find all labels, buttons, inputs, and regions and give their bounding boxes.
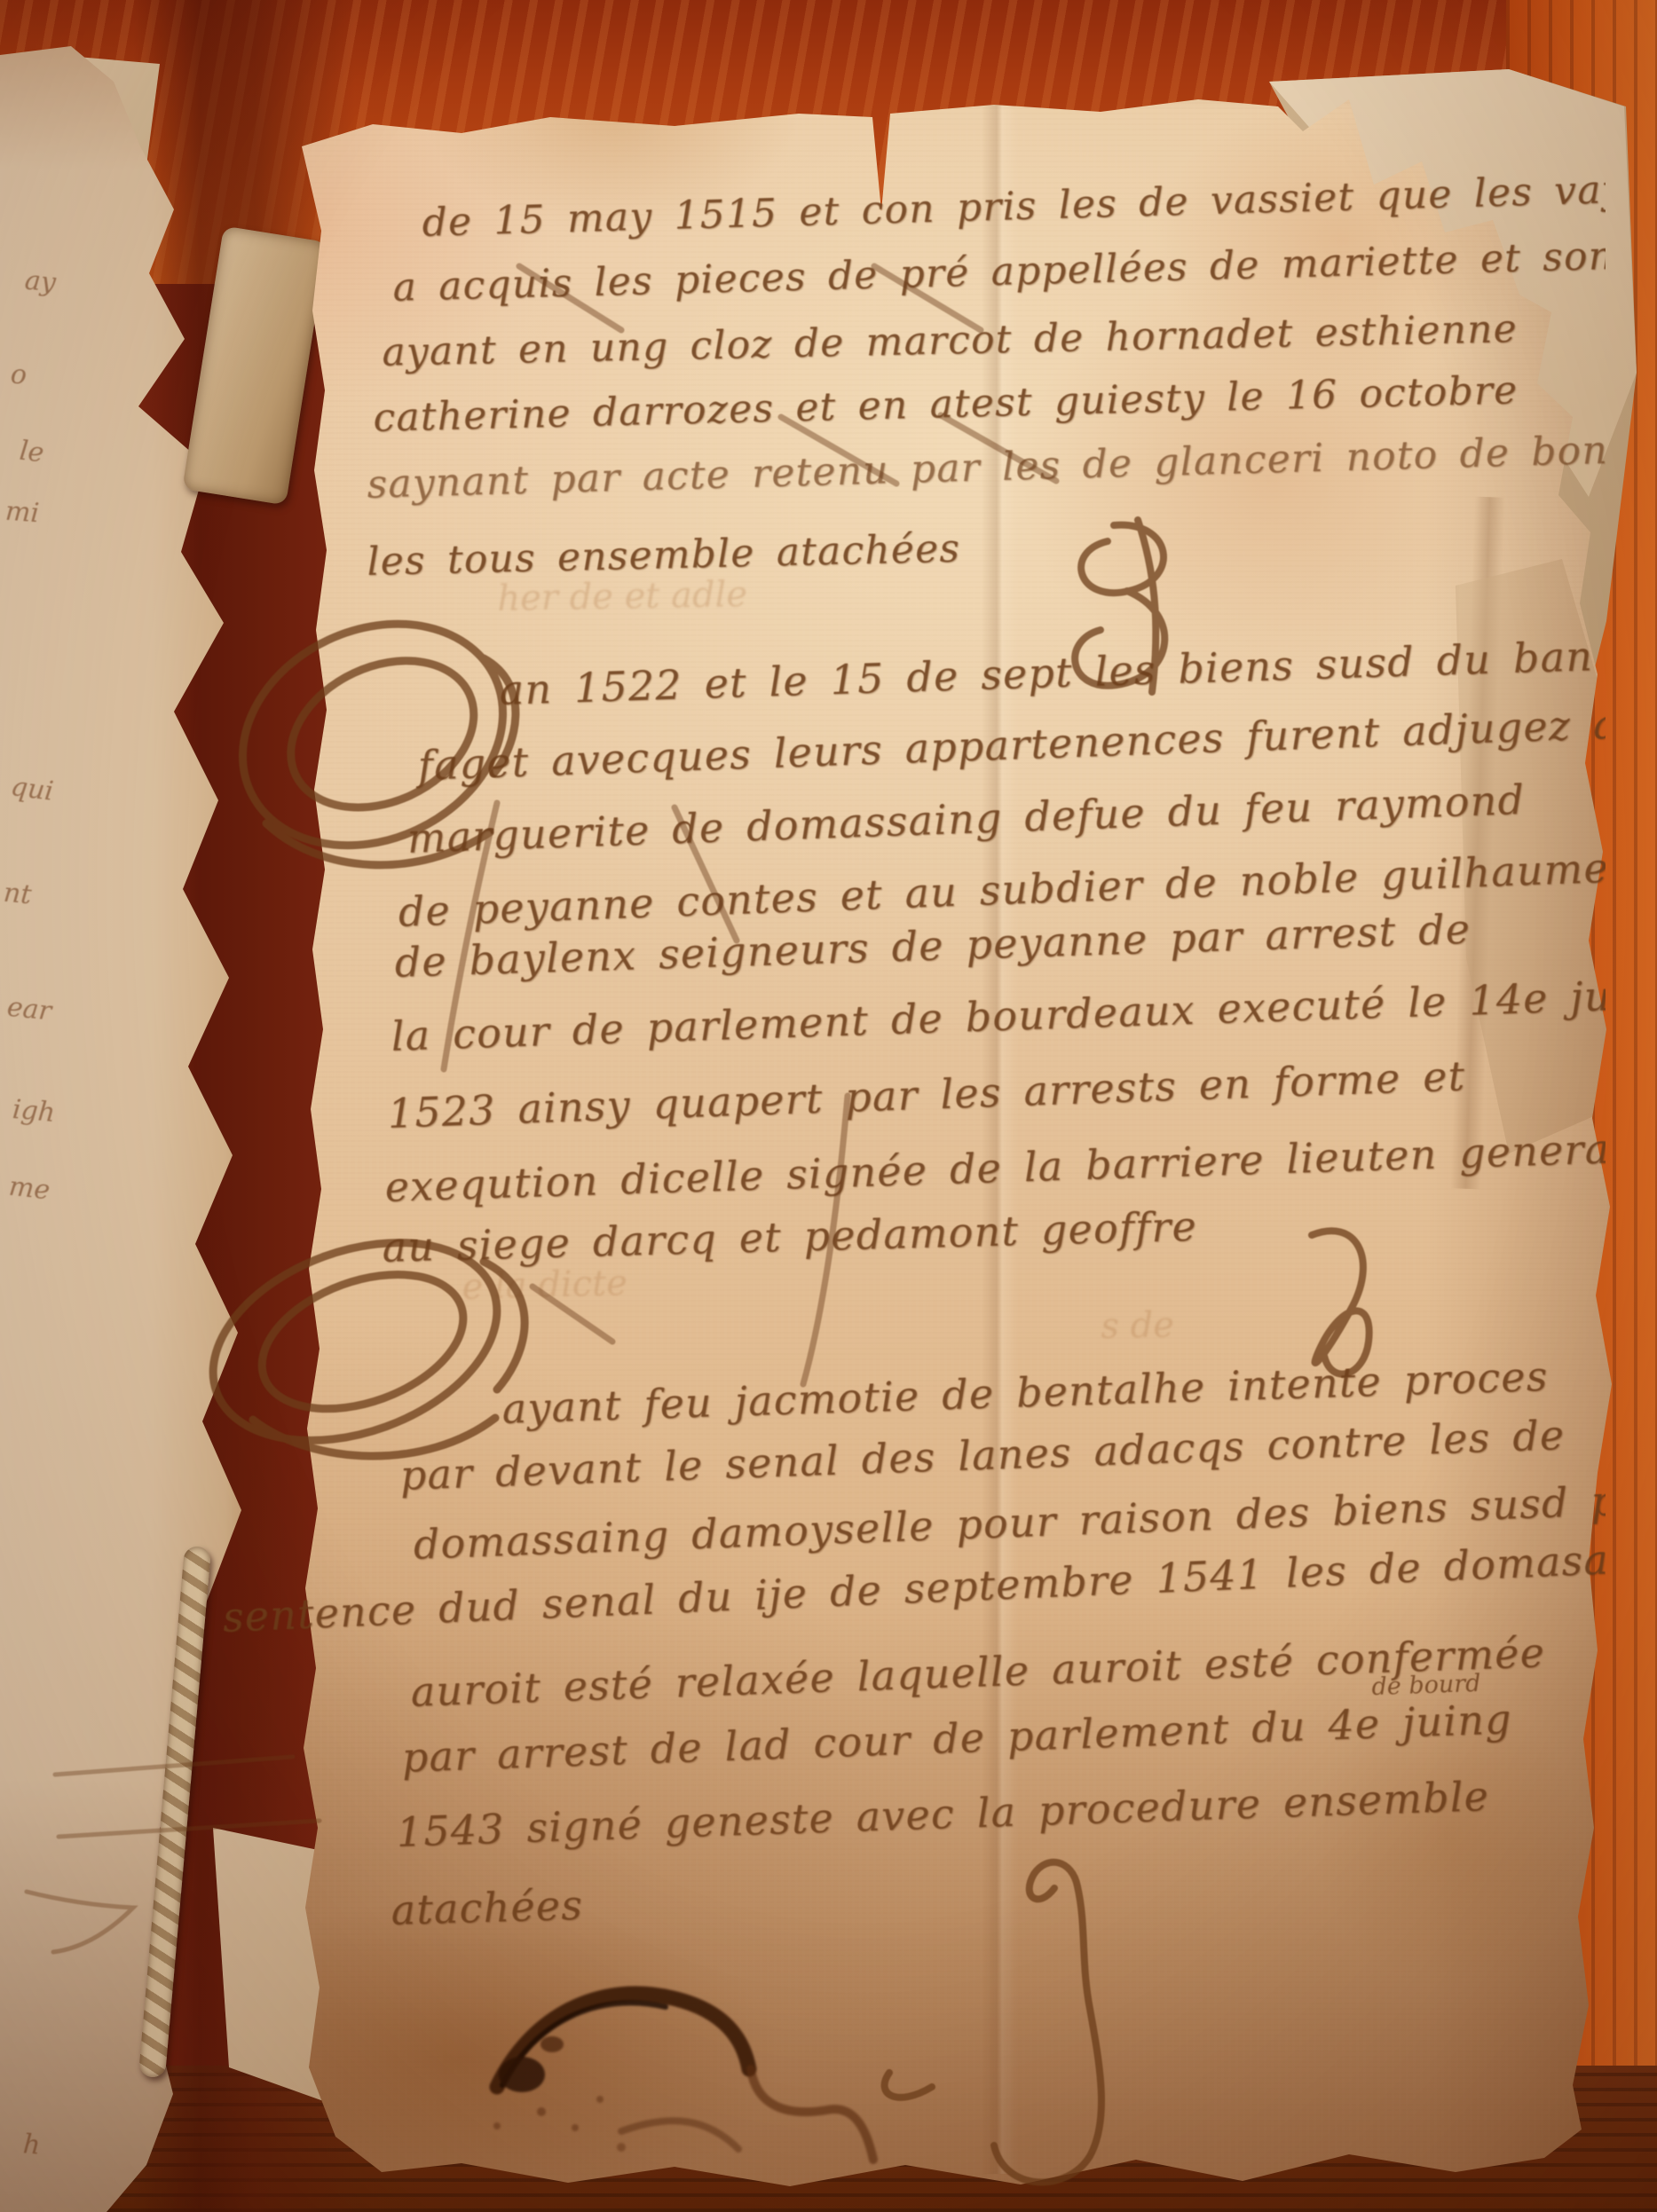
bleedthrough-line: s de: [1101, 1305, 1174, 1347]
entry1522-line-3: marguerite de domassaing defue du feu ra…: [406, 779, 1526, 859]
bleedthrough-line: e la dicte: [462, 1263, 627, 1308]
entry1515-line-5: saynant par acte retenu par les de glanc…: [367, 429, 1657, 505]
interlinear-note: de bourd: [1371, 1670, 1481, 1701]
entry1543-line-7: 1543 signé geneste avec la procedure ens…: [396, 1775, 1490, 1853]
photograph-of-manuscript: ay o le mi qui nt ear igh me h her de et…: [0, 0, 1657, 2212]
entry1515-line-4: catherine darrozes et en atest guiesty l…: [373, 371, 1519, 438]
entry1522-line-9: au siege darcq et pedamont geoffre: [382, 1206, 1197, 1268]
bleedthrough-line: her de et adle: [497, 574, 747, 619]
entry1543-line-8: atachées: [391, 1885, 584, 1931]
entry1515-line-3: ayant en ung cloz de marcot de hornadet …: [382, 310, 1518, 373]
entry1522-line-6: la cour de parlement de bourdeaux execut…: [391, 973, 1657, 1057]
entry1515-line-2: a acquis les pieces de pré appellées de …: [392, 233, 1657, 308]
entry1522-line-1: an 1522 et le 15 de sept les biens susd …: [499, 631, 1657, 711]
entry1522-line-8: exeqution dicelle signée de la barriere …: [384, 1128, 1625, 1208]
entry1515-line-1: de 15 may 1515 et con pris les de vassie…: [422, 168, 1657, 243]
entry1522-line-7: 1523 ainsy quapert par les arrests en fo…: [387, 1056, 1466, 1134]
entry1522-line-2: faget avecques leurs appartenences furen…: [417, 700, 1657, 786]
entry1515-line-6: les tous ensemble atachées: [367, 530, 961, 582]
handwriting-layer: her de et adle e la dicte s de de 15 may…: [0, 0, 1657, 2212]
